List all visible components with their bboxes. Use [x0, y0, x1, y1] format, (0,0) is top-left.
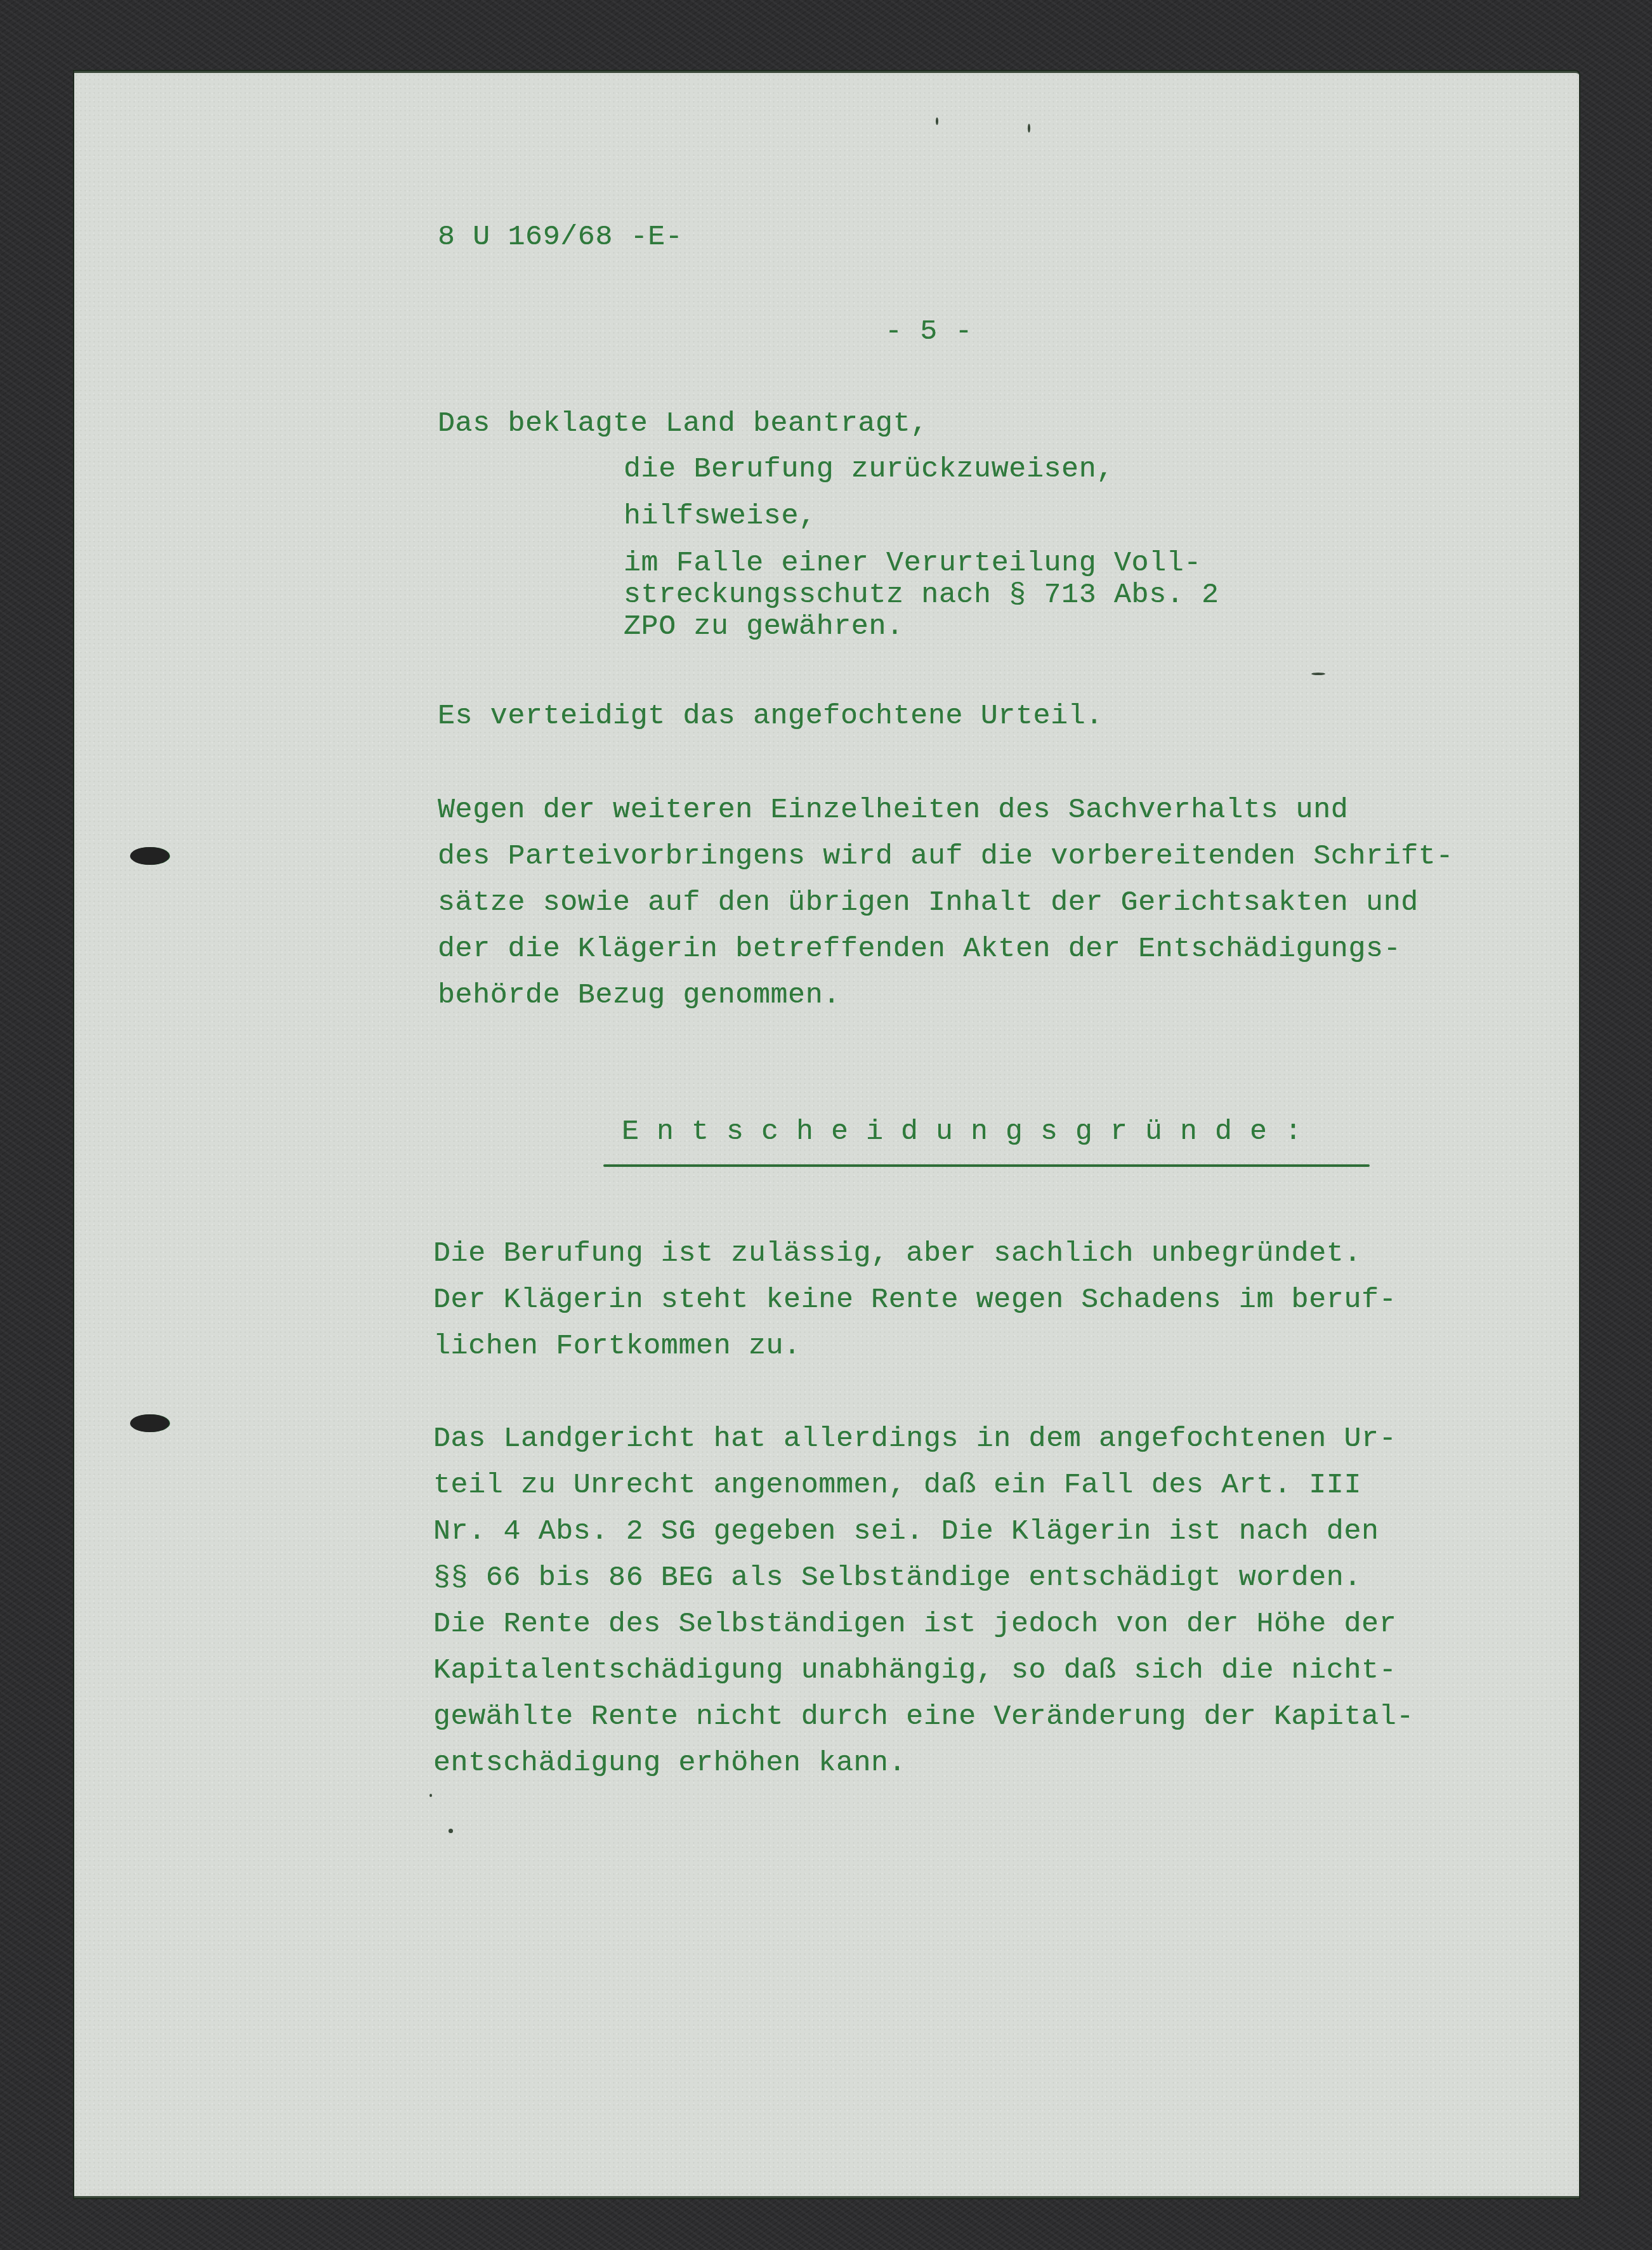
reference-line: sätze sowie auf den übrigen Inhalt der G…: [438, 888, 1419, 917]
paragraph-defends: Es verteidigt das angefochtene Urteil.: [438, 702, 1103, 730]
motion-line: ZPO zu gewähren.: [624, 612, 904, 641]
motion-line: im Falle einer Verurteilung Voll-: [624, 549, 1202, 577]
motion-line: die Berufung zurückzuweisen,: [624, 455, 1114, 484]
reasoning-line: Kapitalentschädigung unabhängig, so daß …: [433, 1656, 1396, 1685]
ink-speck: [1311, 673, 1325, 675]
reasoning-line: entschädigung erhöhen kann.: [433, 1749, 906, 1777]
motion-line: hilfsweise,: [624, 502, 816, 530]
heading-underline: [603, 1164, 1370, 1167]
punch-hole-upper: [130, 847, 169, 865]
punch-hole-lower: [130, 1414, 169, 1432]
motion-line: streckungsschutz nach § 713 Abs. 2: [624, 581, 1219, 609]
reasoning-line: Nr. 4 Abs. 2 SG gegeben sei. Die Klägeri…: [433, 1517, 1379, 1546]
ink-speck: [429, 1794, 432, 1797]
reasoning-line: §§ 66 bis 86 BEG als Selbständige entsch…: [433, 1563, 1361, 1592]
section-heading: Entscheidungsgründe:: [622, 1117, 1320, 1146]
reasoning-line: Die Rente des Selbständigen ist jedoch v…: [433, 1610, 1396, 1638]
reasoning-line: Das Landgericht hat allerdings in dem an…: [433, 1424, 1396, 1453]
ink-speck: [1028, 124, 1030, 133]
motion-intro: Das beklagte Land beantragt,: [438, 409, 928, 438]
document-page: 8 U 169/68 -E- - 5 - Das beklagte Land b…: [74, 71, 1579, 2198]
reference-line: behörde Bezug genommen.: [438, 981, 841, 1010]
reference-line: des Parteivorbringens wird auf die vorbe…: [438, 842, 1453, 871]
reasoning-line: teil zu Unrecht angenommen, daß ein Fall…: [433, 1471, 1361, 1499]
file-reference: 8 U 169/68 -E-: [438, 223, 683, 251]
ruling-line: Der Klägerin steht keine Rente wegen Sch…: [433, 1286, 1396, 1314]
ruling-line: Die Berufung ist zulässig, aber sachlich…: [433, 1239, 1361, 1268]
ruling-line: lichen Fortkommen zu.: [433, 1332, 801, 1360]
reference-line: Wegen der weiteren Einzelheiten des Sach…: [438, 796, 1348, 824]
page-number: - 5 -: [885, 317, 973, 346]
ink-speck: [936, 117, 938, 125]
reference-line: der die Klägerin betreffenden Akten der …: [438, 935, 1401, 963]
ink-speck: [449, 1829, 453, 1833]
reasoning-line: gewählte Rente nicht durch eine Veränder…: [433, 1702, 1414, 1731]
